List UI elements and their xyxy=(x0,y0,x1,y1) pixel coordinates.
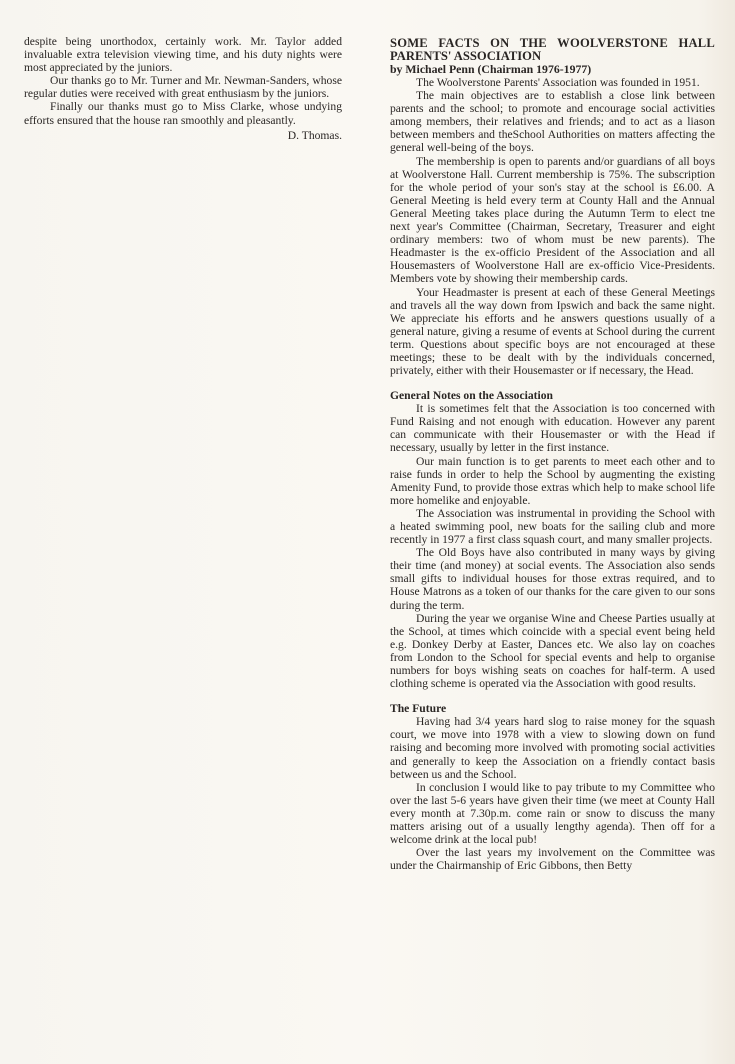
paragraph: It is sometimes felt that the Associatio… xyxy=(390,402,715,454)
paragraph: despite being unorthodox, certainly work… xyxy=(24,35,342,74)
document-page: despite being unorthodox, certainly work… xyxy=(0,0,735,1064)
paragraph: The membership is open to parents and/or… xyxy=(390,155,715,286)
paragraph: The Woolverstone Parents' Association wa… xyxy=(390,76,715,89)
paragraph: The main objectives are to establish a c… xyxy=(390,89,715,154)
paragraph: Our main function is to get parents to m… xyxy=(390,455,715,507)
article-byline: by Michael Penn (Chairman 1976-1977) xyxy=(390,63,715,76)
paragraph: Over the last years my involvement on th… xyxy=(390,846,715,872)
left-column: despite being unorthodox, certainly work… xyxy=(24,35,342,142)
section-heading-general-notes: General Notes on the Association xyxy=(390,389,715,402)
article-column: SOME FACTS ON THE WOOLVERSTONE HALL PARE… xyxy=(390,37,715,872)
paragraph: Finally our thanks must go to Miss Clark… xyxy=(24,100,342,126)
section-heading-future: The Future xyxy=(390,702,715,715)
paragraph: The Old Boys have also contributed in ma… xyxy=(390,546,715,611)
paragraph: Having had 3/4 years hard slog to raise … xyxy=(390,715,715,780)
paragraph: In conclusion I would like to pay tribut… xyxy=(390,781,715,846)
paragraph: Our thanks go to Mr. Turner and Mr. Newm… xyxy=(24,74,342,100)
signature: D. Thomas. xyxy=(24,129,342,142)
paragraph: Your Headmaster is present at each of th… xyxy=(390,286,715,378)
paragraph: The Association was instrumental in prov… xyxy=(390,507,715,546)
paragraph: During the year we organise Wine and Che… xyxy=(390,612,715,691)
